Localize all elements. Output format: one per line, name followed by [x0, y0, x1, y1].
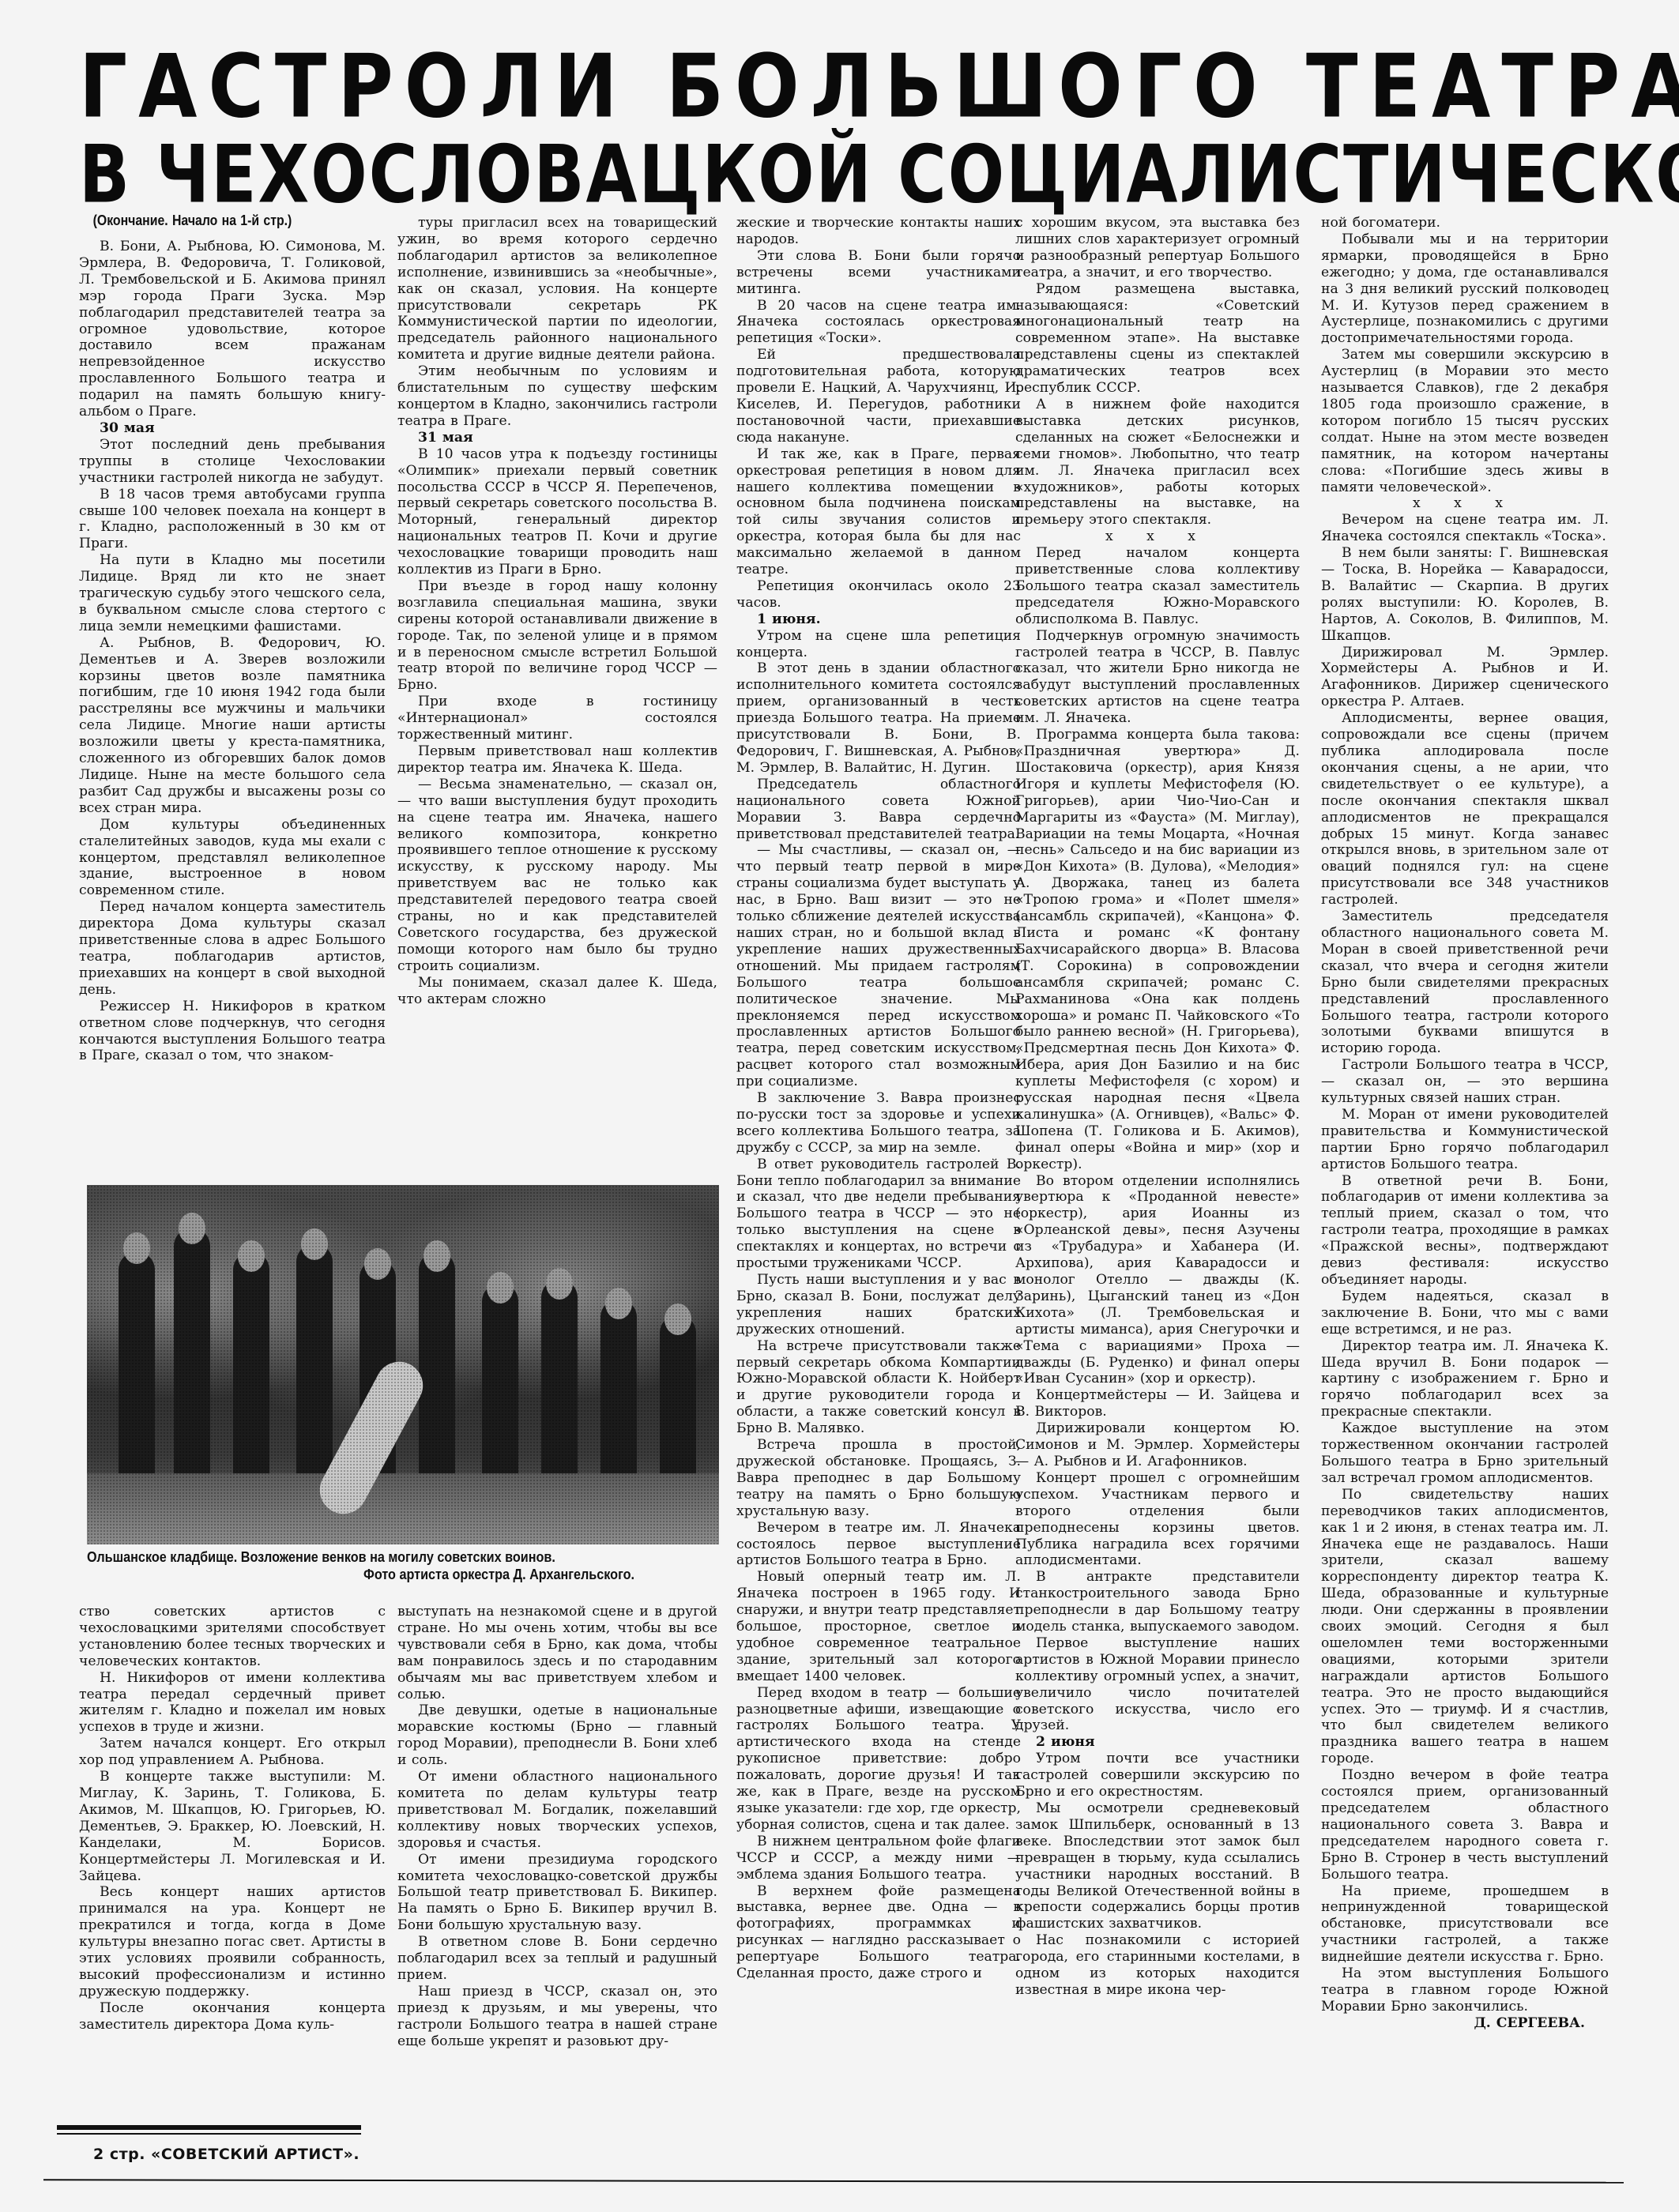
- paragraph: При входе в гостиницу «Интернационал» со…: [397, 694, 717, 743]
- page-bottom-rule: [43, 2179, 1624, 2183]
- paragraph: Перед входом в театр — большие разноцвет…: [736, 1685, 1021, 1834]
- paragraph: И так же, как в Праге, первая оркестрова…: [736, 446, 1021, 578]
- paragraph: ной богоматери.: [1321, 215, 1609, 231]
- paragraph: Гастроли Большого театра в ЧССР, — сказа…: [1321, 1057, 1609, 1107]
- article-column-1-top: (Окончание. Начало на 1-й стр.) В. Бони,…: [79, 212, 386, 1064]
- article-column-3: жеские и творческие контакты наших народ…: [736, 215, 1021, 1982]
- paragraph: Дирижировал М. Эрмлер. Хормейстеры А. Ры…: [1321, 645, 1609, 711]
- paragraph: Утром почти все участники гастролей сове…: [1015, 1751, 1300, 1800]
- paragraph: Первым приветствовал наш коллектив дирек…: [397, 743, 717, 777]
- paragraph: Перед началом концерта заместитель дирек…: [79, 899, 386, 998]
- paragraph: с хорошим вкусом, эта выставка без лишни…: [1015, 215, 1300, 281]
- paragraph: При въезде в город нашу колонну возглави…: [397, 578, 717, 694]
- paragraph: Режиссер Н. Никифоров в кратком ответном…: [79, 999, 386, 1065]
- paragraph: Дом культуры объединенных сталелитейных …: [79, 817, 386, 900]
- paragraph: М. Моран от имени руководителей правител…: [1321, 1107, 1609, 1173]
- photo-cemetery-wreath-laying: [87, 1185, 719, 1544]
- paragraph: В 10 часов утра к подъезду гостиницы «Ол…: [397, 446, 717, 578]
- paragraph: На этом выступления Большого театра в гл…: [1321, 1966, 1609, 2015]
- paragraph: Поздно вечером в фойе театра состоялся п…: [1321, 1767, 1609, 1883]
- paragraph: — Весьма знаменательно, — сказал он, — ч…: [397, 777, 717, 975]
- headline-line-1: ГАСТРОЛИ БОЛЬШОГО ТЕАТРА: [79, 36, 1616, 137]
- paragraph: Перед началом концерта приветственные сл…: [1015, 545, 1300, 628]
- paragraph: — Мы счастливы, — сказал он, — что первы…: [736, 842, 1021, 1090]
- paragraph: В нижнем центральном фойе флаги ЧССР и С…: [736, 1834, 1021, 1883]
- paragraph: Заместитель председателя областного наци…: [1321, 908, 1609, 1057]
- paragraph: Утром на сцене шла репетиция концерта.: [736, 628, 1021, 661]
- paragraph: Две девушки, одетые в национальные морав…: [397, 1702, 717, 1769]
- paragraph: Затем начался концерт. Его открыл хор по…: [79, 1736, 386, 1769]
- paragraph: На встрече присутствовали также первый с…: [736, 1338, 1021, 1437]
- paragraph: жеские и творческие контакты наших народ…: [736, 215, 1021, 248]
- paragraph: Директор театра им. Л. Яначека К. Шеда в…: [1321, 1338, 1609, 1421]
- author-signature: Д. СЕРГЕЕВА.: [1321, 2015, 1609, 2032]
- headline-line-2: В ЧЕХОСЛОВАЦКОЙ СОЦИАЛИСТИЧЕСКОЙ РЕСПУБЛ…: [79, 128, 1616, 221]
- paragraph: Председатель областного национального со…: [736, 777, 1021, 843]
- paragraphs: с хорошим вкусом, эта выставка без лишни…: [1015, 215, 1300, 1999]
- paragraph: Вечером в театре им. Л. Яначека состояло…: [736, 1520, 1021, 1570]
- footer-rule-thin: [57, 2133, 361, 2135]
- date-subhead: 2 июня: [1015, 1734, 1300, 1751]
- paragraph: Мы понимаем, сказал далее К. Шеда, что а…: [397, 975, 717, 1008]
- paragraph: Аплодисменты, вернее овация, сопровождал…: [1321, 710, 1609, 908]
- paragraphs: туры пригласил всех на товарищеский ужин…: [397, 215, 717, 1008]
- paragraph: От имени областного национального комите…: [397, 1769, 717, 1852]
- section-separator: x x x: [1015, 529, 1300, 545]
- section-separator: x x x: [1321, 495, 1609, 512]
- paragraph: В 18 часов тремя автобусами группа свыше…: [79, 487, 386, 553]
- paragraph: Программа концерта была такова: «Праздни…: [1015, 727, 1300, 1172]
- paragraph: Весь концерт наших артистов принимался н…: [79, 1884, 386, 1999]
- paragraph: В концерте также выступили: М. Миглау, К…: [79, 1769, 386, 1884]
- paragraph: На пути в Кладно мы посетили Лидице. Вря…: [79, 552, 386, 635]
- paragraph: В заключение З. Вавра произнес по-русски…: [736, 1090, 1021, 1157]
- article-column-4: с хорошим вкусом, эта выставка без лишни…: [1015, 215, 1300, 1999]
- date-subhead: 1 июня.: [736, 611, 1021, 628]
- paragraph: Пусть наши выступления и у вас в Брно, с…: [736, 1272, 1021, 1338]
- article-column-5: ной богоматери.Побывали мы и на территор…: [1321, 215, 1609, 2032]
- paragraph: Наш приезд в ЧССР, сказал он, это приезд…: [397, 1984, 717, 2050]
- paragraph: Затем мы совершили экскурсию в Аустерлиц…: [1321, 347, 1609, 495]
- article-column-2-top: туры пригласил всех на товарищеский ужин…: [397, 215, 717, 1008]
- paragraph: В ответной речи В. Бони, поблагодарив от…: [1321, 1173, 1609, 1288]
- page-footer-label: 2 стр. «СОВЕТСКИЙ АРТИСТ».: [93, 2146, 360, 2163]
- paragraphs: выступать на незнакомой сцене и в другой…: [397, 1604, 717, 2049]
- paragraph: Вечером на сцене театра им. Л. Яначека с…: [1321, 512, 1609, 545]
- paragraph: Дирижировали концертом Ю. Симонов и М. Э…: [1015, 1420, 1300, 1470]
- date-subhead: 30 мая: [79, 420, 386, 437]
- paragraphs: ной богоматери.Побывали мы и на территор…: [1321, 215, 1609, 2015]
- paragraph: Нас познакомили с историей города, его с…: [1015, 1932, 1300, 1999]
- paragraph: Этот последний день пребывания труппы в …: [79, 437, 386, 487]
- paragraph: Концерт прошел с огромнейшим успехом. Уч…: [1015, 1470, 1300, 1569]
- paragraph: Н. Никифоров от имени коллектива театра …: [79, 1670, 386, 1736]
- paragraph: ство советских артистов с чехословацкими…: [79, 1604, 386, 1670]
- photo-credit: Фото артиста оркестра Д. Архангельского.: [87, 1566, 656, 1583]
- paragraph: В 20 часов на сцене театра им. Яначека с…: [736, 298, 1021, 348]
- paragraph: На приеме, прошедшем в непринужденной то…: [1321, 1883, 1609, 1966]
- paragraph: Встреча прошла в простой, дружеской обст…: [736, 1437, 1021, 1520]
- paragraph: По свидетельству наших переводчиков таки…: [1321, 1487, 1609, 1767]
- paragraph: Этим необычным по условиям и блистательн…: [397, 363, 717, 430]
- photo-caption: Ольшанское кладбище. Возложение венков н…: [87, 1548, 656, 1583]
- date-subhead: 31 мая: [397, 430, 717, 446]
- paragraph: В этот день в здании областного исполнит…: [736, 660, 1021, 776]
- paragraph: А. Рыбнов, В. Федорович, Ю. Дементьев и …: [79, 635, 386, 817]
- paragraph: В ответ руководитель гастролей В. Бони т…: [736, 1157, 1021, 1272]
- paragraph: В нем были заняты: Г. Вишневская — Тоска…: [1321, 545, 1609, 644]
- paragraph: После окончания концерта заместитель дир…: [79, 2000, 386, 2033]
- footer-rule-thick: [57, 2125, 361, 2130]
- paragraphs: В. Бони, А. Рыбнова, Ю. Симонова, М. Эрм…: [79, 239, 386, 1064]
- paragraph: Репетиция окончилась около 23 часов.: [736, 578, 1021, 611]
- paragraph: Ей предшествовала подготовительная работ…: [736, 347, 1021, 446]
- paragraph: Концертмейстеры — И. Зайцева и В. Виктор…: [1015, 1387, 1300, 1420]
- paragraph: А в нижнем фойе находится выставка детск…: [1015, 397, 1300, 529]
- paragraph: Побывали мы и на территории ярмарки, про…: [1321, 231, 1609, 347]
- paragraph: От имени президиума городского комитета …: [397, 1852, 717, 1935]
- paragraph: Во втором отделении исполнялись увертюра…: [1015, 1173, 1300, 1388]
- paragraphs: ство советских артистов с чехословацкими…: [79, 1604, 386, 2033]
- paragraph: Каждое выступление на этом торжественном…: [1321, 1420, 1609, 1487]
- paragraph: Новый оперный театр им. Л. Яначека постр…: [736, 1569, 1021, 1684]
- paragraph: В. Бони, А. Рыбнова, Ю. Симонова, М. Эрм…: [79, 239, 386, 420]
- article-column-2-bottom: выступать на незнакомой сцене и в другой…: [397, 1604, 717, 2049]
- paragraph: Первое выступление наших артистов в Южно…: [1015, 1635, 1300, 1734]
- paragraph: В верхнем фойе размещена выставка, верне…: [736, 1883, 1021, 1982]
- article-column-1-bottom: ство советских артистов с чехословацкими…: [79, 1604, 386, 2033]
- caption-text: Ольшанское кладбище. Возложение венков н…: [87, 1548, 656, 1566]
- paragraph: В антракте представители станкостроитель…: [1015, 1569, 1300, 1635]
- paragraph: Подчеркнув огромную значимость гастролей…: [1015, 628, 1300, 727]
- paragraph: В ответном слове В. Бони сердечно поблаг…: [397, 1934, 717, 1984]
- paragraph: Будем надеяться, сказал в заключение В. …: [1321, 1288, 1609, 1338]
- paragraph: Рядом размещена выставка, называющаяся: …: [1015, 281, 1300, 397]
- paragraph: Эти слова В. Бони были горячо встречены …: [736, 248, 1021, 298]
- paragraphs: жеские и творческие контакты наших народ…: [736, 215, 1021, 1982]
- continuation-note: (Окончание. Начало на 1-й стр.): [79, 212, 348, 229]
- paragraph: выступать на незнакомой сцене и в другой…: [397, 1604, 717, 1702]
- paragraph: туры пригласил всех на товарищеский ужин…: [397, 215, 717, 363]
- paragraph: Мы осмотрели средневековый замок Шпильбе…: [1015, 1800, 1300, 1932]
